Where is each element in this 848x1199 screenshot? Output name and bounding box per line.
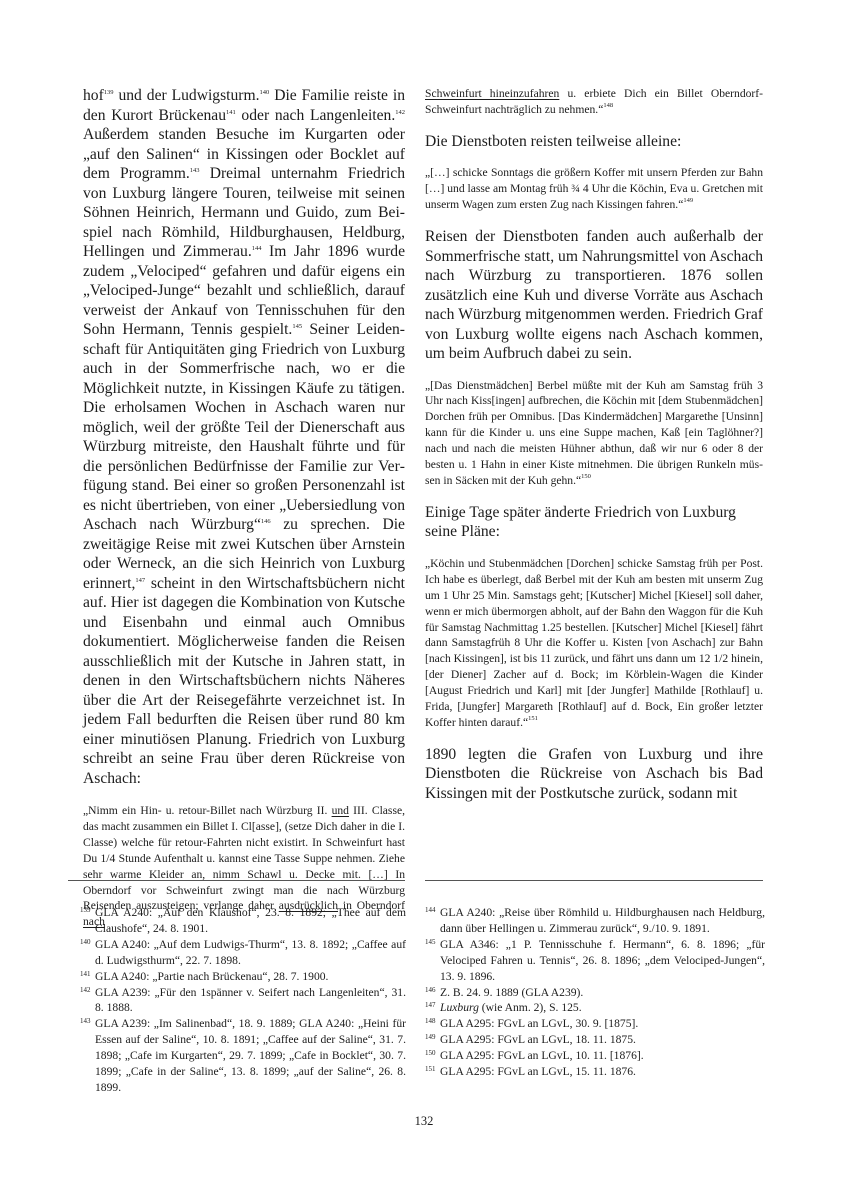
footnote: 148GLA A295: FGvL an LGvL, 30. 9. [1875]… [425, 1016, 765, 1032]
footnote-ref[interactable]: 145 [292, 323, 302, 330]
page-number: 132 [0, 1114, 848, 1129]
footnote: 140GLA A240: „Auf dem Ludwigs-Thurm“, 13… [80, 937, 406, 969]
footnote-ref[interactable]: 149 [683, 197, 693, 204]
footnote-ref[interactable]: 141 [226, 109, 236, 116]
body-paragraph: 1890 legten die Grafen von Luxburg und i… [425, 745, 763, 804]
footnote-ref[interactable]: 150 [581, 473, 591, 480]
footnote: 150GLA A295: FGvL an LGvL, 10. 11. [1876… [425, 1048, 765, 1064]
block-quote-continued: Schweinfurt hineinzufahren u. erbiete Di… [425, 86, 763, 118]
body-paragraph: Reisen der Dienstboten fanden auch außer… [425, 227, 763, 364]
footnote: 144GLA A240: „Reise über Römhild u. Hild… [425, 905, 765, 937]
footnotes-right: 144GLA A240: „Reise über Römhild u. Hild… [425, 905, 765, 1080]
block-quote: „[Das Dienstmädchen] Berbel müßte mit de… [425, 378, 763, 489]
footnote-divider [68, 880, 405, 881]
body-paragraph: Einige Tage später änderte Friedrich von… [425, 503, 763, 542]
footnote: 141GLA A240: „Partie nach Brückenau“, 28… [80, 969, 406, 985]
body-paragraph: Die Dienstboten reisten teilweise allein… [425, 132, 763, 152]
footnotes-left: 139GLA A240: „Auf den Klaushof“, 23. 8. … [80, 905, 406, 1096]
body-paragraph: hof139 und der Ludwigsturm.140 Die Famil… [83, 86, 405, 788]
footnote-ref[interactable]: 144 [252, 245, 262, 252]
left-column: hof139 und der Ludwigsturm.140 Die Famil… [83, 86, 405, 930]
block-quote: „[…] schicke Sonntags die größern Koffer… [425, 165, 763, 213]
footnote-ref[interactable]: 142 [395, 109, 405, 116]
footnote: 146Z. B. 24. 9. 1889 (GLA A239). [425, 985, 765, 1001]
footnote-ref[interactable]: 146 [261, 518, 271, 525]
footnote-ref[interactable]: 143 [190, 167, 200, 174]
footnote-ref[interactable]: 140 [260, 89, 270, 96]
footnote-ref[interactable]: 148 [603, 102, 613, 109]
footnote: 147Luxburg (wie Anm. 2), S. 125. [425, 1000, 765, 1016]
footnote: 145GLA A346: „1 P. Tennisschuhe f. Herma… [425, 937, 765, 985]
footnote: 139GLA A240: „Auf den Klaushof“, 23. 8. … [80, 905, 406, 937]
underlined-text: und [332, 804, 349, 817]
block-quote: „Köchin und Stubenmädchen [Dorchen] schi… [425, 556, 763, 731]
footnote-ref[interactable]: 151 [528, 715, 538, 722]
footnote-ref[interactable]: 147 [135, 577, 145, 584]
footnote: 149GLA A295: FGvL an LGvL, 18. 11. 1875. [425, 1032, 765, 1048]
footnote: 151GLA A295: FGvL an LGvL, 15. 11. 1876. [425, 1064, 765, 1080]
footnote-ref[interactable]: 139 [104, 89, 114, 96]
footnote: 143GLA A239: „Im Salinenbad“, 18. 9. 188… [80, 1016, 406, 1096]
underlined-text: Schweinfurt hineinzufahren [425, 87, 559, 100]
footnote-divider [425, 880, 763, 881]
italic-title: Luxburg [440, 1001, 479, 1014]
footnote: 142GLA A239: „Für den 1spänner v. Seifer… [80, 985, 406, 1017]
right-column: Schweinfurt hineinzufahren u. erbiete Di… [425, 86, 763, 803]
